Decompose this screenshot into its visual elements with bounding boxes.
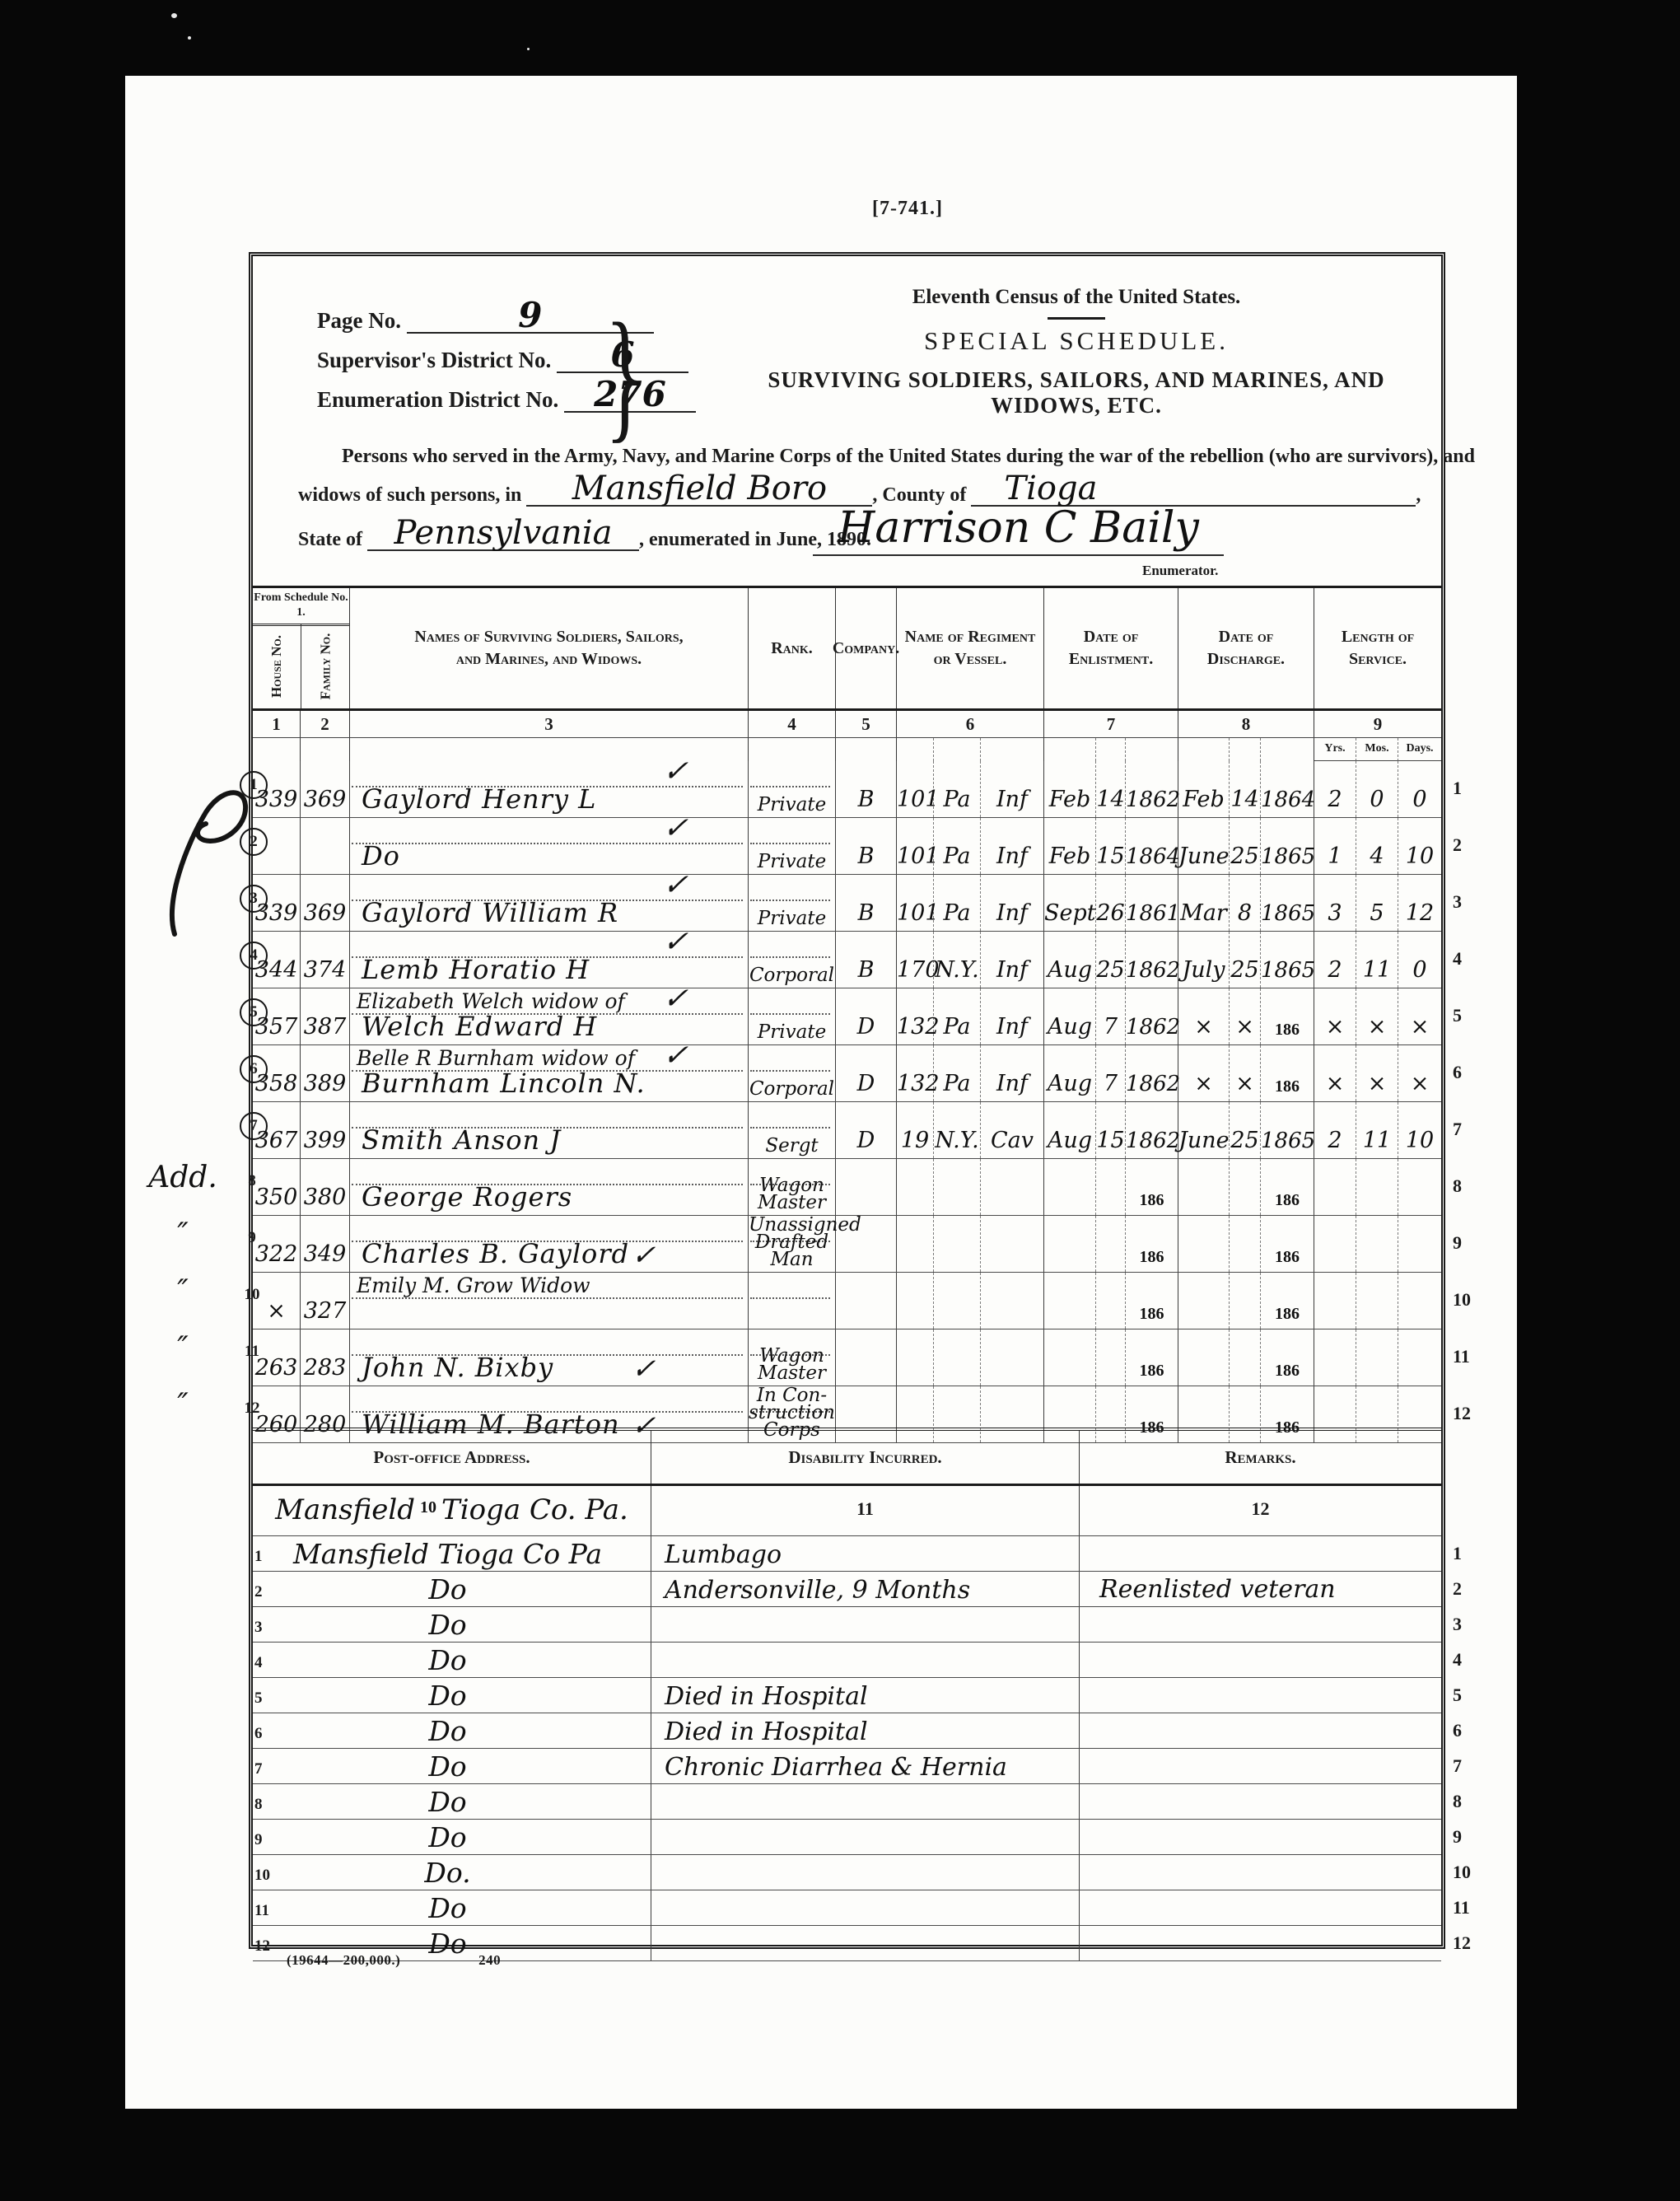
census-title-block: Eleventh Census of the United States. SP… bbox=[763, 286, 1389, 418]
service-months-cell: 5 bbox=[1356, 875, 1398, 931]
row-number-right: 8 bbox=[1453, 1791, 1491, 1812]
disability-cell bbox=[651, 1855, 1080, 1890]
address-row: 6 6 Do Died in Hospital bbox=[253, 1713, 1441, 1749]
soldier-name: Lemb Horatio H bbox=[362, 954, 590, 985]
enlist-day-cell: 7 bbox=[1096, 1045, 1126, 1101]
post-office-cell: Do. bbox=[253, 1855, 651, 1890]
regiment-number-cell: 132 bbox=[897, 1045, 934, 1101]
regiment-branch-cell: Inf bbox=[981, 818, 1044, 874]
family-no-cell: 389 bbox=[301, 1045, 350, 1101]
comma: , bbox=[1416, 484, 1421, 506]
service-years-cell: 3 bbox=[1314, 875, 1356, 931]
family-no-cell: 374 bbox=[301, 932, 350, 988]
rank-cell: Wagon Master bbox=[749, 1159, 836, 1215]
dust-speck bbox=[527, 48, 530, 50]
disability-cell bbox=[651, 1820, 1080, 1854]
regiment-state-cell bbox=[934, 1159, 981, 1215]
row-number-right: 2 bbox=[1453, 834, 1491, 856]
disability-cell bbox=[651, 1926, 1080, 1960]
enlist-year-cell: 1862 bbox=[1126, 1102, 1178, 1158]
remarks-cell: Reenlisted veteran bbox=[1080, 1572, 1441, 1606]
enlistment-header: Date of Enlistment. bbox=[1044, 588, 1178, 708]
row-number-right: 8 bbox=[1453, 1175, 1491, 1197]
page-no-row: Page No. 9 bbox=[317, 307, 654, 334]
imprint-number: 240 bbox=[478, 1952, 501, 1968]
service-years-cell: 2 bbox=[1314, 1102, 1356, 1158]
family-no-cell: 349 bbox=[301, 1216, 350, 1272]
enlist-day-cell bbox=[1096, 1216, 1126, 1272]
address-row: 7 7 Do Chronic Diarrhea & Hernia bbox=[253, 1749, 1441, 1784]
soldier-name: Gaylord William R bbox=[362, 897, 618, 928]
band-handwriting-right: Tioga Co. Pa. bbox=[441, 1493, 628, 1526]
disability-header: Disability Incurred. bbox=[651, 1431, 1080, 1484]
lower-table-header: Post-office Address. Disability Incurred… bbox=[253, 1431, 1441, 1486]
row-number-right: 6 bbox=[1453, 1720, 1491, 1741]
enlist-year-cell: 1862 bbox=[1126, 988, 1178, 1044]
discharge-day-cell: 14 bbox=[1230, 761, 1261, 817]
service-years-cell bbox=[1314, 1159, 1356, 1215]
discharge-year-cell: 186 bbox=[1261, 988, 1314, 1044]
rank-cell: Private bbox=[749, 818, 836, 874]
row-number-right: 3 bbox=[1453, 891, 1491, 913]
rank-cell: Private bbox=[749, 875, 836, 931]
regiment-number-cell bbox=[897, 1159, 934, 1215]
regiment-branch-cell: Cav bbox=[981, 1102, 1044, 1158]
regiment-number-cell: 101 bbox=[897, 875, 934, 931]
discharge-day-cell: 25 bbox=[1230, 818, 1261, 874]
service-years-cell: 2 bbox=[1314, 932, 1356, 988]
remarks-cell bbox=[1080, 1678, 1441, 1713]
document-page: [7-741.] Page No. 9 Supervisor's Distric… bbox=[125, 76, 1517, 2109]
rank-cell: Corporal bbox=[749, 932, 836, 988]
row-number-left: 8 bbox=[254, 1796, 263, 1814]
service-days-cell: 12 bbox=[1398, 875, 1441, 931]
company-cell: B bbox=[836, 818, 897, 874]
regiment-number-cell bbox=[897, 1329, 934, 1386]
days-label: Days. bbox=[1398, 738, 1441, 761]
rank-cell: Sergt bbox=[749, 1102, 836, 1158]
row-number-right: 9 bbox=[1453, 1232, 1491, 1254]
subject-title: SURVIVING SOLDIERS, SAILORS, AND MARINES… bbox=[763, 367, 1389, 418]
soldiers-table: From Schedule No. 1. House No. Family No… bbox=[253, 586, 1441, 1443]
post-office-cell: Do bbox=[253, 1820, 651, 1854]
remarks-cell bbox=[1080, 1749, 1441, 1783]
discharge-day-cell bbox=[1230, 1273, 1261, 1329]
check-mark: ✓ bbox=[628, 1239, 662, 1272]
discharge-day-cell bbox=[1230, 1159, 1261, 1215]
disability-cell bbox=[651, 1643, 1080, 1677]
yrs-label: Yrs. bbox=[1314, 738, 1356, 761]
soldiers-table-header: From Schedule No. 1. House No. Family No… bbox=[253, 588, 1441, 711]
discharge-month-cell bbox=[1178, 1216, 1230, 1272]
row-number-right: 4 bbox=[1453, 948, 1491, 970]
service-months-cell bbox=[1356, 1329, 1398, 1386]
county-value: Tioga bbox=[1004, 470, 1097, 507]
service-months-cell: 11 bbox=[1356, 1102, 1398, 1158]
enlist-month-cell: Aug bbox=[1044, 1102, 1096, 1158]
regiment-state-cell: N.Y. bbox=[934, 932, 981, 988]
rank-cell: Private bbox=[749, 761, 836, 817]
lower-rows: 1 1 Mansfield Tioga Co Pa Lumbago 2 2 Do… bbox=[253, 1536, 1441, 1961]
col-num-2: 2 bbox=[301, 711, 350, 737]
service-months-cell: × bbox=[1356, 1045, 1398, 1101]
row-number-right: 6 bbox=[1453, 1062, 1491, 1083]
row-number-left: 5 bbox=[254, 1689, 263, 1708]
enlist-year-cell: 1864 bbox=[1126, 818, 1178, 874]
service-months-cell: 4 bbox=[1356, 818, 1398, 874]
enlist-month-cell bbox=[1044, 1329, 1096, 1386]
col-num-4: 4 bbox=[749, 711, 836, 737]
service-days-cell bbox=[1398, 1216, 1441, 1272]
discharge-header: Date of Discharge. bbox=[1178, 588, 1314, 708]
name-cell: ✓ Lemb Horatio H bbox=[350, 932, 749, 988]
enlist-month-cell bbox=[1044, 1216, 1096, 1272]
page-no-label: Page No. bbox=[317, 308, 401, 333]
margin-note: Add. bbox=[128, 1161, 238, 1194]
company-cell bbox=[836, 1329, 897, 1386]
row-number-left: 4 bbox=[254, 1654, 263, 1672]
remarks-cell bbox=[1080, 1820, 1441, 1854]
remarks-cell bbox=[1080, 1643, 1441, 1677]
enlist-day-cell: 14 bbox=[1096, 761, 1126, 817]
address-row: 9 9 Do bbox=[253, 1820, 1441, 1855]
census-title: Eleventh Census of the United States. bbox=[763, 286, 1389, 309]
row-number-right: 2 bbox=[1453, 1578, 1491, 1600]
enlist-year-cell: 186 bbox=[1126, 1159, 1178, 1215]
row-number-left: 9 bbox=[240, 1226, 264, 1250]
col-num-8: 8 bbox=[1178, 711, 1314, 737]
dust-speck bbox=[188, 36, 191, 40]
regiment-branch-cell: Inf bbox=[981, 1045, 1044, 1101]
service-months-cell: 0 bbox=[1356, 761, 1398, 817]
address-row: 11 11 Do bbox=[253, 1890, 1441, 1926]
company-cell bbox=[836, 1159, 897, 1215]
row-number-left: 12 bbox=[240, 1396, 264, 1421]
remarks-cell bbox=[1080, 1890, 1441, 1925]
enlist-year-cell: 1862 bbox=[1126, 1045, 1178, 1101]
scanned-census-page: { "form": { "code": "[7-741.]", "footer_… bbox=[0, 0, 1680, 2201]
name-cell: George Rogers bbox=[350, 1159, 749, 1215]
curly-brace: } bbox=[605, 289, 644, 459]
service-days-cell bbox=[1398, 1273, 1441, 1329]
address-row: 10 10 Do. bbox=[253, 1855, 1441, 1890]
regiment-branch-cell bbox=[981, 1216, 1044, 1272]
discharge-year-cell: 1865 bbox=[1261, 932, 1314, 988]
from-schedule-label: From Schedule No. 1. bbox=[253, 588, 349, 626]
service-years-cell bbox=[1314, 1329, 1356, 1386]
regiment-branch-cell bbox=[981, 1159, 1044, 1215]
widow-name: Elizabeth Welch widow of bbox=[357, 989, 625, 1013]
post-office-cell: Mansfield Tioga Co Pa bbox=[253, 1536, 651, 1571]
regiment-number-cell bbox=[897, 1216, 934, 1272]
enlist-year-cell: 186 bbox=[1126, 1216, 1178, 1272]
regiment-number-cell bbox=[897, 1273, 934, 1329]
family-no-cell: 399 bbox=[301, 1102, 350, 1158]
soldier-row: 8 Add. 8 350 380 George Rogers Wagon Mas… bbox=[253, 1159, 1441, 1216]
soldier-row: 1 1 339 369 ✓ Gaylord Henry L Private B … bbox=[253, 761, 1441, 818]
post-office-cell: Do bbox=[253, 1572, 651, 1606]
row-number-right: 4 bbox=[1453, 1649, 1491, 1671]
soldier-row: 5 5 357 387 Elizabeth Welch widow of ✓ W… bbox=[253, 988, 1441, 1045]
discharge-month-cell: × bbox=[1178, 1045, 1230, 1101]
rank-cell: Corporal bbox=[749, 1045, 836, 1101]
soldier-name: Gaylord Henry L bbox=[362, 783, 596, 815]
state-label: State of bbox=[298, 529, 362, 550]
service-years-cell: 1 bbox=[1314, 818, 1356, 874]
company-header: Company. bbox=[836, 588, 897, 708]
soldier-row: 11 ″ 11 263 283 ✓ John N. Bixby Wagon Ma… bbox=[253, 1329, 1441, 1386]
regiment-branch-cell: Inf bbox=[981, 988, 1044, 1044]
enlist-month-cell bbox=[1044, 1273, 1096, 1329]
name-cell: ✓ Do bbox=[350, 818, 749, 874]
row-number-right: 7 bbox=[1453, 1119, 1491, 1140]
enlist-month-cell: Aug bbox=[1044, 1045, 1096, 1101]
service-days-cell: 0 bbox=[1398, 761, 1441, 817]
col-num-9: 9 bbox=[1314, 711, 1441, 737]
row-number-right: 7 bbox=[1453, 1755, 1491, 1777]
row-number-left: 6 bbox=[254, 1725, 263, 1743]
regiment-state-cell: N.Y. bbox=[934, 1102, 981, 1158]
widow-name: Emily M. Grow Widow bbox=[357, 1273, 590, 1297]
family-no-cell bbox=[301, 818, 350, 874]
post-office-cell: Do bbox=[253, 1607, 651, 1642]
imprint-code: (19644—200,000.) bbox=[287, 1952, 400, 1968]
row-number-left: 1 bbox=[254, 1548, 263, 1566]
service-days-cell: × bbox=[1398, 1045, 1441, 1101]
col-num-1: 1 bbox=[253, 711, 301, 737]
discharge-day-cell: 8 bbox=[1230, 875, 1261, 931]
row-number-left: 3 bbox=[240, 885, 268, 913]
disability-cell bbox=[651, 1890, 1080, 1925]
form-border-box: Page No. 9 Supervisor's District No. 6 E… bbox=[249, 252, 1445, 1949]
length-header: Length of Service. bbox=[1314, 588, 1441, 708]
regiment-branch-cell: Inf bbox=[981, 875, 1044, 931]
remarks-cell bbox=[1080, 1713, 1441, 1748]
regiment-branch-cell: Inf bbox=[981, 932, 1044, 988]
company-cell bbox=[836, 1216, 897, 1272]
remarks-cell bbox=[1080, 1536, 1441, 1571]
row-number-left: 2 bbox=[254, 1583, 263, 1601]
discharge-month-cell bbox=[1178, 1273, 1230, 1329]
row-number-left: 12 bbox=[254, 1937, 270, 1956]
disability-cell: Lumbago bbox=[651, 1536, 1080, 1571]
supervisor-district-label: Supervisor's District No. bbox=[317, 348, 551, 372]
post-office-cell: Do bbox=[253, 1784, 651, 1819]
names-header: Names of Surviving Soldiers, Sailors, an… bbox=[350, 588, 749, 708]
disability-cell bbox=[651, 1607, 1080, 1642]
regiment-branch-cell bbox=[981, 1273, 1044, 1329]
margin-note: ″ bbox=[128, 1331, 238, 1365]
service-months-cell bbox=[1356, 1216, 1398, 1272]
col-num-5: 5 bbox=[836, 711, 897, 737]
widow-name: Belle R Burnham widow of bbox=[357, 1046, 635, 1070]
title-divider bbox=[1048, 317, 1105, 320]
service-months-cell bbox=[1356, 1159, 1398, 1215]
service-years-cell bbox=[1314, 1273, 1356, 1329]
discharge-day-cell bbox=[1230, 1329, 1261, 1386]
family-no-cell: 327 bbox=[301, 1273, 350, 1329]
soldier-row: 10 ″ 10 × 327 Emily M. Grow Widow 186 18… bbox=[253, 1273, 1441, 1329]
row-number-left: 5 bbox=[240, 998, 268, 1026]
regiment-state-cell bbox=[934, 1216, 981, 1272]
name-cell: ✓ John N. Bixby bbox=[350, 1329, 749, 1386]
row-number-left: 1 bbox=[240, 771, 268, 799]
family-no-cell: 369 bbox=[301, 761, 350, 817]
discharge-year-cell: 186 bbox=[1261, 1329, 1314, 1386]
enlist-year-cell: 186 bbox=[1126, 1329, 1178, 1386]
row-number-left: 2 bbox=[240, 828, 268, 856]
row-number-right: 10 bbox=[1453, 1289, 1491, 1311]
company-cell: D bbox=[836, 988, 897, 1044]
dust-speck bbox=[171, 13, 177, 18]
col-num-3: 3 bbox=[350, 711, 749, 737]
soldier-row: 3 3 339 369 ✓ Gaylord William R Private … bbox=[253, 875, 1441, 932]
regiment-state-cell: Pa bbox=[934, 1045, 981, 1101]
rank-cell bbox=[749, 1273, 836, 1329]
soldier-name: Do bbox=[362, 840, 400, 872]
regiment-state-cell: Pa bbox=[934, 761, 981, 817]
check-mark: ✓ bbox=[628, 1353, 662, 1386]
mos-label: Mos. bbox=[1356, 738, 1398, 761]
regiment-number-cell: 101 bbox=[897, 818, 934, 874]
remarks-cell bbox=[1080, 1607, 1441, 1642]
service-days-cell bbox=[1398, 1329, 1441, 1386]
discharge-month-cell: Feb bbox=[1178, 761, 1230, 817]
form-number: [7-741.] bbox=[809, 198, 1006, 220]
discharge-year-cell: 186 bbox=[1261, 1216, 1314, 1272]
row-number-left: 10 bbox=[240, 1283, 264, 1307]
company-cell bbox=[836, 1273, 897, 1329]
row-number-left: 7 bbox=[240, 1112, 268, 1140]
enlist-year-cell: 1862 bbox=[1126, 761, 1178, 817]
enlist-day-cell bbox=[1096, 1159, 1126, 1215]
remarks-cell bbox=[1080, 1784, 1441, 1819]
print-imprint: (19644—200,000.) 240 bbox=[287, 1952, 501, 1969]
soldier-name: Smith Anson J bbox=[362, 1124, 561, 1156]
col-num-10: 10 bbox=[415, 1498, 441, 1516]
col-num-6: 6 bbox=[897, 711, 1044, 737]
row-number-left: 10 bbox=[254, 1867, 270, 1885]
service-days-cell bbox=[1398, 1159, 1441, 1215]
row-number-left: 6 bbox=[240, 1055, 268, 1083]
discharge-day-cell bbox=[1230, 1216, 1261, 1272]
family-no-cell: 380 bbox=[301, 1159, 350, 1215]
discharge-month-cell bbox=[1178, 1159, 1230, 1215]
column-number-band: 1 2 3 4 5 6 7 8 9 bbox=[253, 711, 1441, 738]
name-cell: ✓ Charles B. Gaylord bbox=[350, 1216, 749, 1272]
service-years-cell bbox=[1314, 1216, 1356, 1272]
address-row: 1 1 Mansfield Tioga Co Pa Lumbago bbox=[253, 1536, 1441, 1572]
soldier-name: Charles B. Gaylord bbox=[362, 1238, 629, 1269]
preamble-line3: State of Pennsylvania, enumerated in Jun… bbox=[298, 525, 871, 551]
enlist-year-cell: 1862 bbox=[1126, 932, 1178, 988]
row-number-right: 12 bbox=[1453, 1932, 1491, 1954]
enumeration-district-label: Enumeration District No. bbox=[317, 387, 558, 412]
discharge-month-cell: × bbox=[1178, 988, 1230, 1044]
discharge-day-cell: 25 bbox=[1230, 1102, 1261, 1158]
remarks-header: Remarks. bbox=[1080, 1431, 1441, 1484]
post-office-cell: Do bbox=[253, 1890, 651, 1925]
regiment-state-cell: Pa bbox=[934, 875, 981, 931]
soldier-row: 9 ″ 9 322 349 ✓ Charles B. Gaylord Unass… bbox=[253, 1216, 1441, 1273]
address-row: 5 5 Do Died in Hospital bbox=[253, 1678, 1441, 1713]
enlist-month-cell: Feb bbox=[1044, 818, 1096, 874]
enumerator-signature: Harrison C Baily bbox=[813, 503, 1224, 556]
soldier-row: 2 2 ✓ Do Private B 101 Pa Inf Feb 15 186… bbox=[253, 818, 1441, 875]
row-number-left: 8 bbox=[240, 1169, 264, 1194]
place-value: Mansfield Boro bbox=[572, 470, 827, 507]
soldiers-rows: 1 1 339 369 ✓ Gaylord Henry L Private B … bbox=[253, 761, 1441, 1443]
row-number-right: 1 bbox=[1453, 778, 1491, 799]
regiment-number-cell: 132 bbox=[897, 988, 934, 1044]
row-number-right: 12 bbox=[1453, 1403, 1491, 1424]
rank-cell: Unassigned Drafted Man bbox=[749, 1216, 836, 1272]
service-days-cell: 10 bbox=[1398, 818, 1441, 874]
disability-cell bbox=[651, 1784, 1080, 1819]
discharge-month-cell: Mar bbox=[1178, 875, 1230, 931]
schedule-title: SPECIAL SCHEDULE. bbox=[763, 326, 1389, 356]
service-days-cell: 0 bbox=[1398, 932, 1441, 988]
discharge-year-cell: 1865 bbox=[1261, 875, 1314, 931]
post-office-cell: Do bbox=[253, 1713, 651, 1748]
regiment-state-cell bbox=[934, 1329, 981, 1386]
remarks-cell bbox=[1080, 1926, 1441, 1960]
row-number-right: 10 bbox=[1453, 1862, 1491, 1883]
row-number-right: 1 bbox=[1453, 1543, 1491, 1564]
col-num-7: 7 bbox=[1044, 711, 1178, 737]
regiment-branch-cell bbox=[981, 1329, 1044, 1386]
enlist-month-cell bbox=[1044, 1159, 1096, 1215]
row-number-right: 5 bbox=[1453, 1685, 1491, 1706]
name-cell: Smith Anson J bbox=[350, 1102, 749, 1158]
enlist-day-cell: 26 bbox=[1096, 875, 1126, 931]
post-office-header: Post-office Address. bbox=[253, 1431, 651, 1484]
regiment-number-cell: 170 bbox=[897, 932, 934, 988]
discharge-year-cell: 1864 bbox=[1261, 761, 1314, 817]
rank-cell: Wagon Master bbox=[749, 1329, 836, 1386]
regiment-state-cell bbox=[934, 1273, 981, 1329]
soldier-name: Burnham Lincoln N. bbox=[362, 1068, 646, 1099]
discharge-year-cell: 186 bbox=[1261, 1159, 1314, 1215]
service-years-cell: 2 bbox=[1314, 761, 1356, 817]
regiment-number-cell: 19 bbox=[897, 1102, 934, 1158]
soldier-row: 6 6 358 389 Belle R Burnham widow of ✓ B… bbox=[253, 1045, 1441, 1102]
address-row: 2 2 Do Andersonville, 9 Months Reenliste… bbox=[253, 1572, 1441, 1607]
margin-note: ″ bbox=[128, 1388, 238, 1422]
col-num-11: 11 bbox=[651, 1486, 1080, 1535]
preamble-line1: Persons who served in the Army, Navy, an… bbox=[342, 446, 1475, 468]
band-handwriting-left: Mansfield bbox=[275, 1493, 415, 1526]
remarks-cell bbox=[1080, 1855, 1441, 1890]
regiment-state-cell: Pa bbox=[934, 818, 981, 874]
soldier-row: 4 4 344 374 ✓ Lemb Horatio H Corporal B … bbox=[253, 932, 1441, 988]
regiment-branch-cell: Inf bbox=[981, 761, 1044, 817]
from-schedule-header: From Schedule No. 1. House No. Family No… bbox=[253, 588, 350, 708]
name-cell: Emily M. Grow Widow bbox=[350, 1273, 749, 1329]
post-office-cell: Do bbox=[253, 1678, 651, 1713]
margin-flourish-mark bbox=[163, 769, 259, 951]
name-cell: ✓ Gaylord William R bbox=[350, 875, 749, 931]
service-days-cell: × bbox=[1398, 988, 1441, 1044]
margin-note: ″ bbox=[128, 1217, 238, 1251]
service-years-cell: × bbox=[1314, 1045, 1356, 1101]
enlist-year-cell: 1861 bbox=[1126, 875, 1178, 931]
enlist-day-cell: 15 bbox=[1096, 1102, 1126, 1158]
house-no-header: House No. bbox=[253, 624, 301, 708]
service-months-cell: 11 bbox=[1356, 932, 1398, 988]
discharge-year-cell: 186 bbox=[1261, 1045, 1314, 1101]
discharge-day-cell: × bbox=[1230, 1045, 1261, 1101]
